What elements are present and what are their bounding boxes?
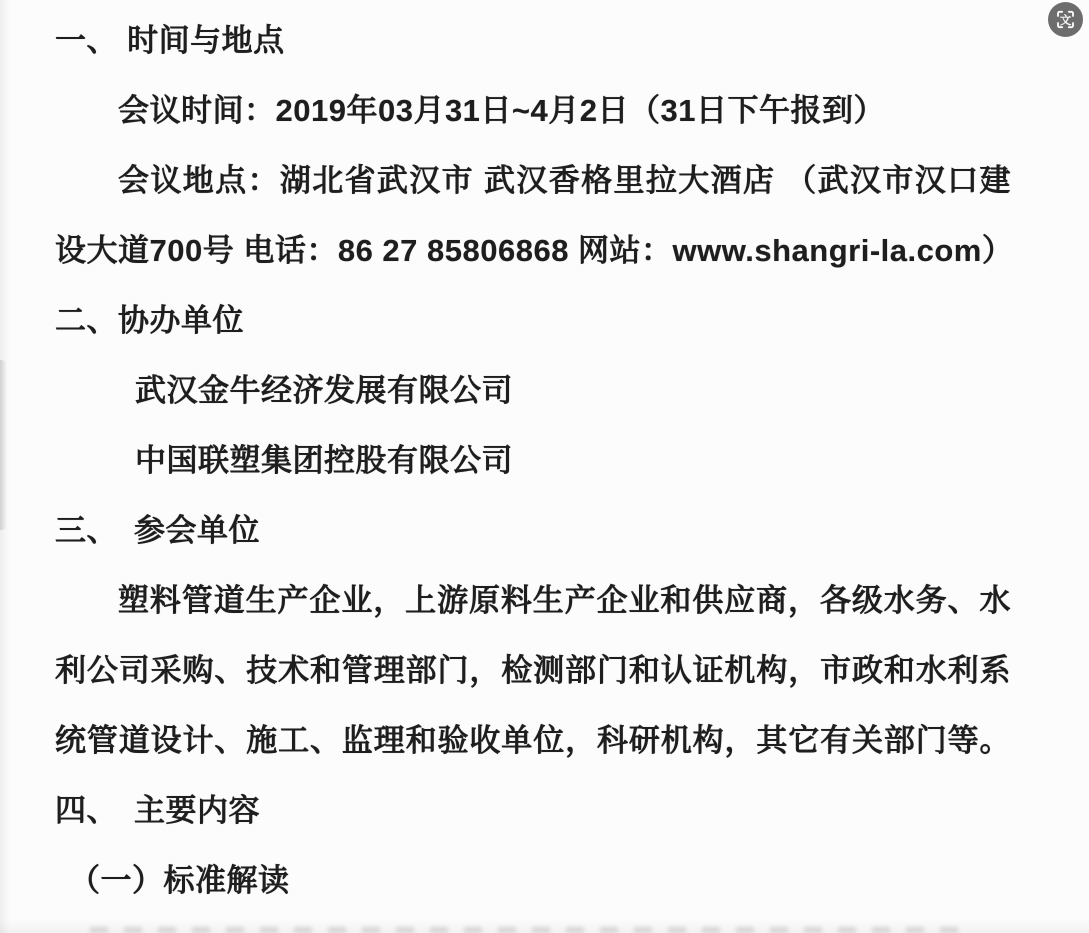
heading-participants: 三、 参会单位 [55,496,1011,566]
meeting-location-line-1: 会议地点：湖北省武汉市 武汉香格里拉大酒店 （武汉市汉口建 [55,146,1011,216]
bottom-cutoff-text-remnant [90,927,970,933]
participants-line-2: 利公司采购、技术和管理部门，检测部门和认证机构，市政和水利系 [55,636,1011,706]
heading-main-content: 四、 主要内容 [55,776,1011,846]
heading-co-organizers: 二、协办单位 [55,286,1011,356]
heading-time-location: 一、 时间与地点 [55,6,1011,76]
translate-ocr-button[interactable]: 文 [1047,1,1084,38]
co-organizer-1: 武汉金牛经济发展有限公司 [55,356,1011,426]
document-body: 一、 时间与地点 会议时间：2019年03月31日~4月2日（31日下午报到） … [55,6,1011,916]
meeting-location-line-2: 设大道700号 电话：86 27 85806868 网站：www.shangri… [55,216,1011,286]
subheading-standard-interpretation: （一）标准解读 [55,846,1011,916]
document-page: 一、 时间与地点 会议时间：2019年03月31日~4月2日（31日下午报到） … [0,0,1089,933]
translate-ocr-icon: 文 [1047,1,1084,38]
svg-text:文: 文 [1060,13,1072,27]
participants-line-1: 塑料管道生产企业，上游原料生产企业和供应商，各级水务、水 [55,566,1011,636]
left-scan-shadow [0,360,7,530]
co-organizer-2: 中国联塑集团控股有限公司 [55,426,1011,496]
meeting-time-line: 会议时间：2019年03月31日~4月2日（31日下午报到） [55,76,1011,146]
participants-line-3: 统管道设计、施工、监理和验收单位，科研机构，其它有关部门等。 [55,706,1011,776]
